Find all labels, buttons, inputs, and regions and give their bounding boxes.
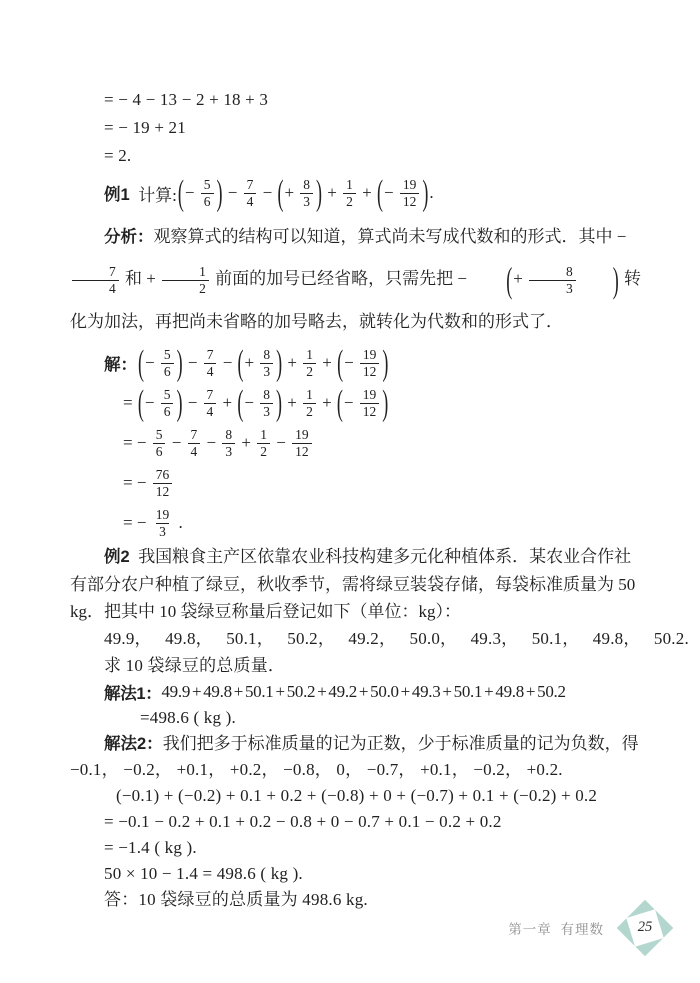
math-text: 和 +: [121, 269, 160, 288]
fraction: 83: [222, 428, 235, 459]
fraction: 12: [303, 348, 316, 379]
page-content: = − 4 − 13 − 2 + 18 + 3 = − 19 + 21 = 2.…: [0, 0, 646, 913]
analysis-paragraph: 分析：观察算式的结构可以知道，算式尚未写成代数和的形式．其中 − 74 和 + …: [70, 216, 646, 343]
fraction: 7612: [153, 468, 173, 499]
math-text: −: [202, 433, 220, 453]
solution-row-2: = (− 56) − 74 + (− 83) + 12 + (− 1912): [123, 383, 646, 423]
signed-sum-line: (−0.1) + (−0.2) + 0.1 + 0.2 + (−0.8) + 0…: [116, 783, 646, 809]
big-close-paren: ): [176, 382, 182, 424]
math-text: +: [237, 433, 255, 453]
page-footer: 第一章 有理数 25: [508, 899, 674, 957]
big-open-paren: (: [238, 342, 244, 384]
fraction: 56: [201, 178, 214, 209]
math-text: −: [145, 393, 159, 413]
math-text: −: [224, 183, 242, 203]
math-text: =: [123, 393, 137, 413]
example1-heading: 例1 计算:(− 56) − 74 − (+ 83) + 12 + (− 191…: [104, 170, 646, 216]
big-close-paren: ): [579, 238, 619, 322]
bold-label: 解法1：: [104, 680, 161, 704]
calc-step-1: = − 4 − 13 − 2 + 18 + 3: [104, 86, 646, 114]
math-text: −: [185, 183, 199, 203]
bold-label: 解：: [104, 351, 137, 375]
math-text: −: [244, 393, 258, 413]
chapter-title: 第一章 有理数: [508, 918, 604, 938]
fraction: 56: [161, 388, 174, 419]
big-open-paren: (: [277, 172, 283, 214]
solution-row-3: = − 56 − 74 − 83 + 12 − 1912: [123, 423, 646, 463]
big-open-paren: (: [377, 172, 383, 214]
page-number-badge: 25: [616, 899, 674, 957]
math-text: −: [184, 353, 202, 373]
math-text: 观察算式的结构可以知道，算式尚未写成代数和的形式．其中 −: [154, 227, 631, 246]
bold-label: 例2: [104, 548, 130, 566]
calc-step-2: = − 19 + 21: [104, 114, 646, 142]
math-text: +: [283, 353, 301, 373]
math-text: −: [167, 433, 185, 453]
big-close-paren: ): [382, 342, 388, 384]
fraction: 56: [161, 348, 174, 379]
big-close-paren: ): [382, 382, 388, 424]
bold-label: 分析：: [104, 228, 154, 246]
fraction: 56: [153, 428, 166, 459]
math-text: = −: [123, 513, 151, 533]
method1-line: 解法1：49.9 + 49.8 + 50.1 + 50.2 + 49.2 + 5…: [104, 679, 646, 705]
big-close-paren: ): [316, 172, 322, 214]
big-close-paren: ): [276, 382, 282, 424]
math-text: 计算:: [130, 181, 177, 206]
math-text: −: [344, 393, 358, 413]
fraction: 74: [204, 348, 217, 379]
big-close-paren: ): [422, 172, 428, 214]
solution-row-1: 解：(− 56) − 74 − (+ 83) + 12 + (− 1912): [104, 343, 646, 383]
bold-label: 例1: [104, 181, 130, 205]
math-text: +: [318, 353, 336, 373]
math-text: +: [284, 183, 298, 203]
big-open-paren: (: [337, 342, 343, 384]
method2-paragraph: 解法2：我们把多于标准质量的记为正数，少于标准质量的记为负数，得: [70, 731, 646, 757]
example2-paragraph: 例2 我国粮食主产区依靠农业科技构建多元化种植体系．某农业合作社有部分农户种植了…: [70, 543, 646, 625]
math-text: = −: [123, 433, 151, 453]
math-text: +: [323, 183, 341, 203]
textbook-page: = − 4 − 13 − 2 + 18 + 3 = − 19 + 21 = 2.…: [0, 0, 700, 983]
big-open-paren: (: [337, 382, 343, 424]
fraction: 74: [188, 428, 201, 459]
math-text: −: [183, 393, 201, 413]
fraction: 1912: [360, 348, 380, 379]
big-open-paren: (: [138, 342, 144, 384]
fraction: 1912: [400, 178, 420, 209]
fraction: 1912: [292, 428, 312, 459]
solution-row-5: = − 193 .: [123, 503, 646, 543]
fraction: 12: [257, 428, 270, 459]
fraction: 83: [300, 178, 313, 209]
fraction: 193: [153, 508, 173, 539]
fraction: 1912: [360, 388, 380, 419]
big-open-paren: (: [237, 382, 243, 424]
fraction: 74: [204, 388, 217, 419]
fraction: 83: [529, 265, 576, 296]
fraction: 12: [343, 178, 356, 209]
page-number: 25: [616, 919, 674, 936]
math-text: −: [384, 183, 398, 203]
math-text: .: [429, 183, 433, 203]
math-text: −: [344, 353, 358, 373]
fraction: 74: [72, 265, 119, 296]
total-line: 50 × 10 − 1.4 = 498.6 ( kg ).: [104, 861, 646, 887]
math-text: −: [218, 353, 236, 373]
big-open-paren: (: [138, 382, 144, 424]
weights-data-line: 49.9， 49.8， 50.1， 50.2， 49.2， 50.0， 49.3…: [104, 625, 646, 652]
fraction: 83: [260, 388, 273, 419]
math-text: 49.9 + 49.8 + 50.1 + 50.2 + 49.2 + 50.0 …: [161, 682, 565, 702]
math-text: +: [245, 353, 259, 373]
math-text: +: [218, 393, 236, 413]
math-text: = −: [123, 473, 151, 493]
bold-label: 解法2：: [104, 735, 163, 753]
signed-values-line: −0.1， −0.2， +0.1， +0.2， −0.8， 0， −0.7， +…: [70, 757, 646, 783]
fraction: 12: [303, 388, 316, 419]
fraction: 12: [162, 265, 209, 296]
math-text: −: [145, 353, 159, 373]
math-text: +: [318, 393, 336, 413]
solution-row-4: = − 7612: [123, 463, 646, 503]
big-close-paren: ): [217, 172, 223, 214]
fraction: 83: [260, 348, 273, 379]
math-text: 前面的加号已经省略，只需先把 −: [211, 269, 471, 288]
math-text: .: [174, 513, 183, 533]
expanded-line: = −0.1 − 0.2 + 0.1 + 0.2 − 0.8 + 0 − 0.7…: [104, 809, 646, 835]
math-text: +: [358, 183, 376, 203]
math-text: −: [272, 433, 290, 453]
big-open-paren: (: [178, 172, 184, 214]
math-text: +: [283, 393, 301, 413]
method1-result: =498.6 ( kg ).: [140, 705, 646, 731]
fraction: 74: [244, 178, 257, 209]
math-text: 我们把多于标准质量的记为正数，少于标准质量的记为负数，得: [163, 734, 639, 753]
big-open-paren: (: [472, 238, 512, 322]
big-close-paren: ): [177, 342, 183, 384]
partial-result-line: = −1.4 ( kg ).: [104, 835, 646, 861]
big-close-paren: ): [276, 342, 282, 384]
calc-step-3: = 2.: [104, 142, 646, 170]
math-text: −: [258, 183, 276, 203]
math-text: 我国粮食主产区依靠农业科技构建多元化种植体系．某农业合作社有部分农户种植了绿豆，…: [70, 547, 640, 621]
math-text: +: [513, 269, 527, 288]
question-line: 求 10 袋绿豆的总质量．: [104, 652, 646, 679]
